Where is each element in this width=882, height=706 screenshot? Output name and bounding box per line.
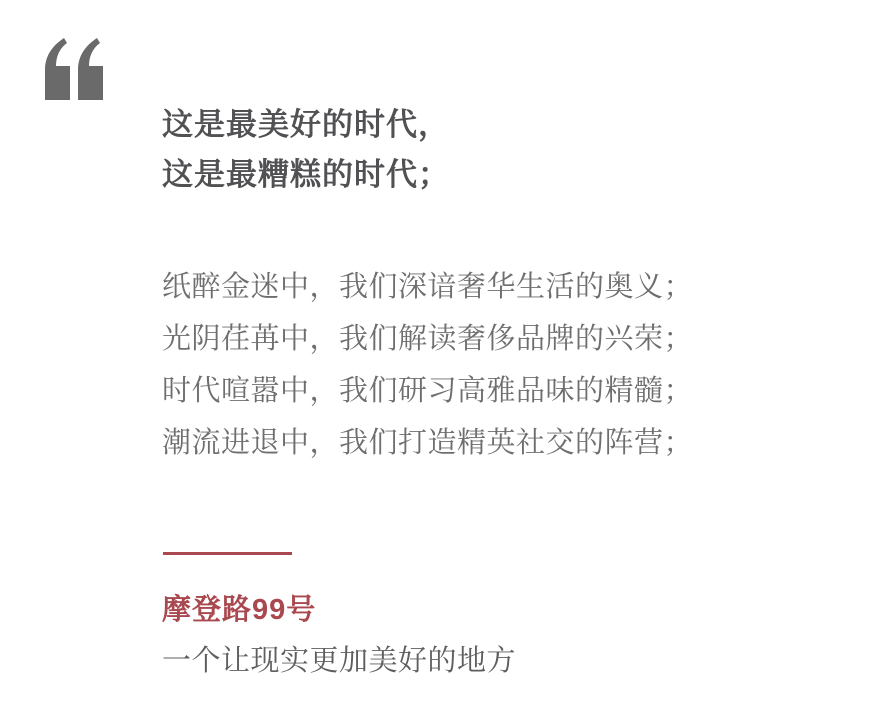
body-line-3: 时代喧嚣中，我们研习高雅品味的精髓； [162,365,693,417]
brand-tagline: 一个让现实更加美好的地方 [162,638,516,679]
body-line-4: 潮流进退中，我们打造精英社交的阵营； [162,417,693,469]
red-divider [163,552,292,555]
quote-body: 纸醉金迷中，我们深谙奢华生活的奥义； 光阴荏苒中，我们解读奢侈品牌的兴荣； 时代… [162,261,693,469]
opening-quote-icon [43,37,105,101]
body-line-2: 光阴荏苒中，我们解读奢侈品牌的兴荣； [162,313,693,365]
heading-line-2: 这是最糟糕的时代； [162,150,450,200]
body-line-1: 纸醉金迷中，我们深谙奢华生活的奥义； [162,261,693,313]
article-page: 这是最美好的时代， 这是最糟糕的时代； 纸醉金迷中，我们深谙奢华生活的奥义； 光… [0,0,882,706]
heading-line-1: 这是最美好的时代， [162,100,450,150]
quote-heading: 这是最美好的时代， 这是最糟糕的时代； [162,100,450,200]
brand-name: 摩登路99号 [162,587,316,628]
